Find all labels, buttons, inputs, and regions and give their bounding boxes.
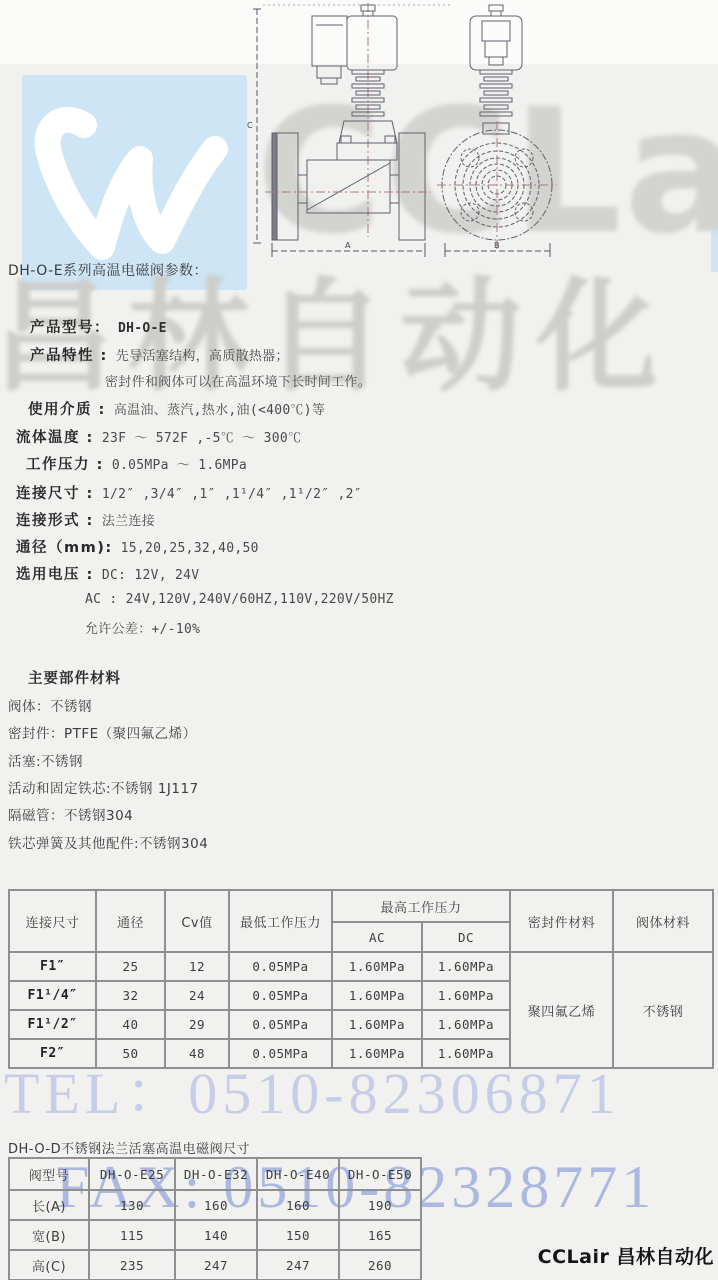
table-cell: 160 <box>257 1190 339 1220</box>
header-model-e25: DH-O-E25 <box>89 1158 175 1190</box>
table-cell-dc: 1.60MPa <box>422 1039 510 1068</box>
material-item-tube: 隔磁管：不锈钢304 <box>8 804 133 824</box>
table-cell-cv: 29 <box>165 1010 229 1039</box>
table-cell: 140 <box>175 1220 257 1250</box>
spec-row-diameter: 通径（mm):15,20,25,32,40,50 <box>16 536 259 557</box>
spec-label: 工作压力 : <box>26 457 104 473</box>
dimensions-section-title: DH-O-D不锈钢法兰活塞高温电磁阀尺寸 <box>8 1138 250 1157</box>
spec-value: 允许公差：+/-10% <box>85 622 200 637</box>
table-cell: 165 <box>339 1220 421 1250</box>
dimensions-table: 阀型号 DH-O-E25 DH-O-E32 DH-O-E40 DH-O-E50 … <box>8 1157 422 1280</box>
spec-row-working-pressure: 工作压力 :0.05MPa ～ 1.6MPa <box>26 453 247 474</box>
table-row-height: 高(C) 235 247 247 260 <box>9 1250 421 1280</box>
row-label: 宽(B) <box>9 1220 89 1250</box>
series-title: DH-O-E系列高温电磁阀参数： <box>8 260 208 280</box>
material-item-core: 活动和固定铁芯:不锈钢 1J117 <box>8 777 199 797</box>
spec-label: 使用介质 : <box>28 402 106 418</box>
table-cell-ac: 1.60MPa <box>332 981 422 1010</box>
table-cell: 235 <box>89 1250 175 1280</box>
table-cell-size: F2″ <box>9 1039 96 1068</box>
material-item-piston: 活塞:不锈钢 <box>8 750 83 770</box>
table-cell: 130 <box>89 1190 175 1220</box>
header-model-e32: DH-O-E32 <box>175 1158 257 1190</box>
row-label: 长(A) <box>9 1190 89 1220</box>
spec-row-media: 使用介质 :高温油、蒸汽,热水,油(<400℃)等 <box>28 398 325 419</box>
table-cell: 247 <box>257 1250 339 1280</box>
table-cell-min: 0.05MPa <box>229 981 332 1010</box>
material-item-seal: 密封件：PTFE（聚四氟乙烯） <box>8 722 197 742</box>
table-cell-seal-material: 聚四氟乙烯 <box>510 952 613 1068</box>
dim-label-b: B <box>494 241 500 250</box>
spec-value: 先导活塞结构，高质散热器； <box>116 349 289 364</box>
material-item-body: 阀体：不锈钢 <box>8 695 92 715</box>
table-cell-cv: 24 <box>165 981 229 1010</box>
header-connection-size: 连接尺寸 <box>9 890 96 952</box>
table-cell: 150 <box>257 1220 339 1250</box>
spec-label: 通径（mm): <box>16 540 113 556</box>
spec-label: 流体温度 : <box>16 430 94 446</box>
header-model-e50: DH-O-E50 <box>339 1158 421 1190</box>
spec-row-connection-size: 连接尺寸 :1/2″ ,3/4″ ,1″ ,1¹/4″ ,1¹/2″ ,2″ <box>16 482 362 503</box>
table-cell: 260 <box>339 1250 421 1280</box>
table-cell: 160 <box>175 1190 257 1220</box>
spec-row-model: 产品型号：DH-O-E <box>30 316 167 337</box>
material-item-spring: 铁芯弹簧及其他配件:不锈钢304 <box>8 832 208 852</box>
spec-label: 连接形式 : <box>16 513 94 529</box>
table-cell-dc: 1.60MPa <box>422 952 510 981</box>
spec-row-voltage: 选用电压 :DC: 12V, 24V <box>16 563 199 584</box>
spec-value: DC: 12V, 24V <box>102 568 200 583</box>
spec-value: 0.05MPa ～ 1.6MPa <box>112 458 247 473</box>
spec-row-tolerance: 允许公差：+/-10% <box>85 618 200 637</box>
header-cv: Cv值 <box>165 890 229 952</box>
table-cell-dn: 25 <box>96 952 165 981</box>
table-cell-min: 0.05MPa <box>229 1010 332 1039</box>
spec-value: 密封件和阀体可以在高温环境下长时间工作。 <box>105 375 371 390</box>
table-row: F1″ 25 12 0.05MPa 1.60MPa 1.60MPa 聚四氟乙烯 … <box>9 952 713 981</box>
cclair-logo-watermark <box>22 75 247 290</box>
header-ac: AC <box>332 922 422 952</box>
spec-value: AC : 24V,120V,240V/60HZ,110V,220V/50HZ <box>85 592 394 607</box>
table-cell: 247 <box>175 1250 257 1280</box>
tel-watermark: TEL：0510-82306871 <box>4 1062 621 1126</box>
table-cell-size: F1¹/4″ <box>9 981 96 1010</box>
valve-side-view-drawing <box>253 3 450 257</box>
table-cell-dn: 32 <box>96 981 165 1010</box>
spec-row-fluid-temp: 流体温度 :23F ～ 572F ,-5℃ ～ 300℃ <box>16 426 301 447</box>
header-dc: DC <box>422 922 510 952</box>
header-max-pressure: 最高工作压力 <box>332 890 510 922</box>
spec-value: 法兰连接 <box>102 514 155 529</box>
header-diameter: 通径 <box>96 890 165 952</box>
materials-title: 主要部件材料 <box>28 667 121 688</box>
table-row-width: 宽(B) 115 140 150 165 <box>9 1220 421 1250</box>
table-cell-min: 0.05MPa <box>229 952 332 981</box>
table-cell-ac: 1.60MPa <box>332 1010 422 1039</box>
spec-value: 1/2″ ,3/4″ ,1″ ,1¹/4″ ,1¹/2″ ,2″ <box>102 487 362 502</box>
spec-label: 连接尺寸 : <box>16 486 94 502</box>
table-cell: 115 <box>89 1220 175 1250</box>
dim-label-c: C <box>247 121 253 130</box>
table-cell-body-material: 不锈钢 <box>613 952 713 1068</box>
spec-row-feature-cont: 密封件和阀体可以在高温环境下长时间工作。 <box>105 371 371 390</box>
header-seal-material: 密封件材料 <box>510 890 613 952</box>
header-body-material: 阀体材料 <box>613 890 713 952</box>
table-cell-dn: 40 <box>96 1010 165 1039</box>
spec-label: 产品特性 : <box>30 348 108 364</box>
table-row-length: 长(A) 130 160 160 190 <box>9 1190 421 1220</box>
footer-brand: CCLair 昌林自动化 <box>538 1242 714 1269</box>
spec-row-voltage-ac: AC : 24V,120V,240V/60HZ,110V,220V/50HZ <box>85 591 394 607</box>
table-cell-cv: 12 <box>165 952 229 981</box>
table-cell-ac: 1.60MPa <box>332 1039 422 1068</box>
spec-value: 高温油、蒸汽,热水,油(<400℃)等 <box>114 403 325 418</box>
row-label: 高(C) <box>9 1250 89 1280</box>
dim-label-a: A <box>345 241 351 250</box>
table-header-row: 阀型号 DH-O-E25 DH-O-E32 DH-O-E40 DH-O-E50 <box>9 1158 421 1190</box>
table-cell-size: F1″ <box>9 952 96 981</box>
table-cell-cv: 48 <box>165 1039 229 1068</box>
spec-value: DH-O-E <box>118 321 167 336</box>
table-cell-dc: 1.60MPa <box>422 981 510 1010</box>
table-header-row: 连接尺寸 通径 Cv值 最低工作压力 最高工作压力 密封件材料 阀体材料 <box>9 890 713 922</box>
table-cell-min: 0.05MPa <box>229 1039 332 1068</box>
valve-technical-drawings: C A B <box>245 3 560 265</box>
spec-label: 选用电压 : <box>16 567 94 583</box>
table-cell-dc: 1.60MPa <box>422 1010 510 1039</box>
spec-value: 15,20,25,32,40,50 <box>121 541 259 556</box>
header-valve-model: 阀型号 <box>9 1158 89 1190</box>
spec-row-feature: 产品特性 :先导活塞结构，高质散热器； <box>30 344 289 365</box>
spec-row-connection-type: 连接形式 :法兰连接 <box>16 509 155 530</box>
main-spec-table: 连接尺寸 通径 Cv值 最低工作压力 最高工作压力 密封件材料 阀体材料 AC … <box>8 889 714 1069</box>
valve-front-view-drawing <box>437 5 557 257</box>
table-cell-ac: 1.60MPa <box>332 952 422 981</box>
table-cell: 190 <box>339 1190 421 1220</box>
cclair-swirl-icon <box>22 75 247 290</box>
table-cell-size: F1¹/2″ <box>9 1010 96 1039</box>
header-min-pressure: 最低工作压力 <box>229 890 332 952</box>
spec-value: 23F ～ 572F ,-5℃ ～ 300℃ <box>102 431 301 446</box>
table-cell-dn: 50 <box>96 1039 165 1068</box>
header-model-e40: DH-O-E40 <box>257 1158 339 1190</box>
spec-label: 产品型号： <box>30 320 110 336</box>
